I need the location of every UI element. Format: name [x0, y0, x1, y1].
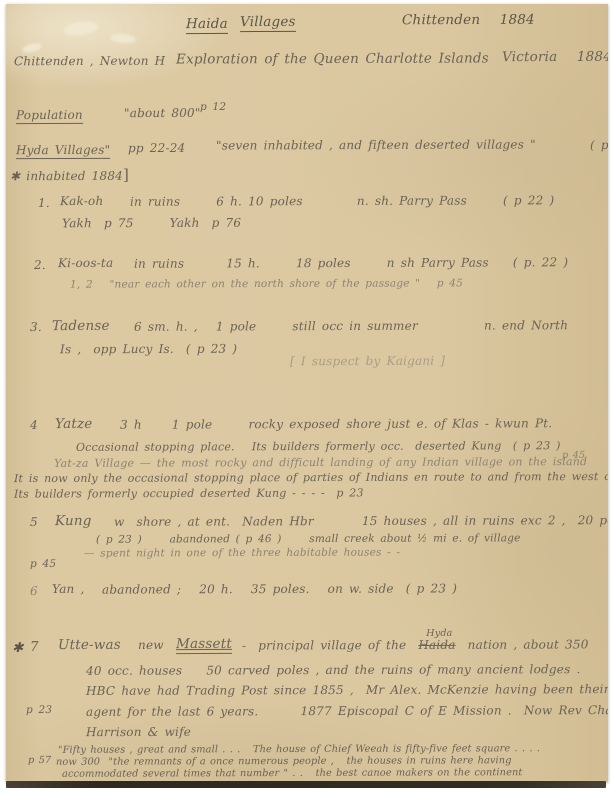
entry-5-details: w shore , at ent. Naden Hbr 15 houses , …: [114, 513, 608, 529]
entry-7-line4: agent for the last 6 years. 1877 Episcop…: [86, 703, 608, 719]
citation-author: Chittenden , Newton H: [14, 54, 165, 69]
entry-7-new-label: new: [138, 638, 164, 652]
paper-blemish: [63, 20, 98, 38]
entry-4-line3-page-ref: p 45: [562, 450, 585, 461]
entry-7-number: 7: [30, 639, 39, 655]
entry-7-desc-post: nation , about 350: [456, 637, 589, 651]
villages-heading-pages: pp 22-24: [128, 141, 185, 155]
villages-heading-label: Hyda Villages": [16, 143, 110, 159]
entry-7-inserted-word: Hyda: [426, 628, 452, 639]
footnote-line2: now 300 "the remnants of a once numerous…: [56, 755, 512, 768]
entry-7-line2: 40 occ. houses 50 carved poles , and the…: [86, 662, 581, 678]
villages-heading-quote: "seven inhabited , and fifteen deserted …: [216, 137, 536, 152]
document-page: Haida Villages Chittenden 1884 Chittende…: [6, 4, 608, 782]
entry-1-number: 1.: [38, 196, 50, 210]
bracket-mark: ]: [123, 166, 129, 184]
entry-3-number: 3.: [30, 320, 42, 334]
entry-2-number: 2.: [34, 258, 46, 272]
entry-5-line2: ( p 23 ) abandoned ( p 46 ) small creek …: [96, 532, 521, 545]
entry-7-massett-label: Massett: [176, 636, 232, 654]
entry-7-desc-pre: - principal village of the: [242, 638, 418, 653]
entry-7-line5: Harrison & wife: [86, 725, 191, 739]
population-label: Population: [16, 108, 83, 124]
scanned-note-page: { "header": { "title_word1": "Haida", "t…: [0, 0, 614, 795]
entry-6-name: Yan ,: [52, 582, 85, 596]
citation-work-title: Exploration of the Queen Charlotte Islan…: [176, 50, 489, 67]
entry-7-star-mark: ✱: [12, 640, 24, 656]
entry-7-corrected-word: HydaHaida: [418, 638, 455, 652]
attribution: Chittenden 1884: [402, 12, 535, 28]
page-title-word-2: Villages: [240, 14, 296, 32]
entry-7-line3: HBC have had Trading Post since 1855 , M…: [86, 682, 608, 698]
page-title-word-1: Haida: [186, 16, 228, 34]
entry-4-line4: It is now only the occasional stopping p…: [14, 470, 608, 485]
villages-heading-page-ref: ( p 22: [590, 138, 608, 152]
paper-blemish: [110, 33, 137, 44]
footnote-line1: "Fifty houses , great and small . . . Th…: [58, 743, 540, 756]
entry-1-details: in ruins 6 h. 10 poles n. sh. Parry Pass…: [130, 193, 554, 208]
entry-4-details: 3 h 1 pole rocky exposed shore just e. o…: [120, 416, 552, 432]
inhabited-note: ✱ inhabited 1884]: [10, 166, 129, 184]
entry-4-line3: Yat-za Village — the most rocky and diff…: [54, 455, 587, 470]
entry-4-line5: Its builders formerly occupied deserted …: [14, 486, 364, 500]
entry-3-note: Is , opp Lucy Is. ( p 23 ): [60, 342, 237, 357]
entry-5-number: 5: [30, 515, 38, 529]
entry-2-name: Ki-oos-ta: [58, 256, 113, 270]
entry-7-struck-word: Haida: [418, 638, 455, 652]
footnote-margin-page-ref: p 57: [28, 755, 51, 766]
entry-1-note: Yakh p 75 Yakh p 76: [62, 216, 241, 231]
scan-bottom-edge: [6, 781, 606, 788]
entry-5-name: Kung: [55, 513, 92, 529]
footnote-line3: accommodated several times that number "…: [62, 767, 522, 780]
entry-5-margin-page-ref: p 45: [30, 558, 56, 570]
entry-7-margin-page-ref: p 23: [26, 704, 52, 716]
entry-3-name: Tadense: [52, 318, 110, 334]
entry-2-note: 1, 2 "near each other on the north shore…: [70, 277, 463, 290]
entry-4-line2: Occasional stopping place. Its builders …: [76, 439, 561, 454]
entry-3-details: 6 sm. h. , 1 pole still occ in summer n.…: [134, 318, 568, 334]
entry-4-name: Yatze: [55, 416, 93, 432]
paper-blemish: [21, 42, 42, 55]
population-value: "about 800": [124, 106, 201, 120]
entry-3-faint-note: [ I suspect by Kaigani ]: [290, 354, 445, 369]
entry-6-details: abandoned ; 20 h. 35 poles. on w. side (…: [102, 581, 457, 596]
entry-5-line3: — spent night in one of the three habita…: [84, 546, 400, 559]
entry-7-description: - principal village of the HydaHaida nat…: [242, 637, 589, 652]
entry-7-name: Utte-was: [58, 637, 121, 653]
citation-publication: Victoria 1884: [502, 49, 608, 65]
population-page-ref: p 12: [200, 101, 226, 113]
entry-4-number: 4: [30, 418, 38, 432]
entry-2-details: in ruins 15 h. 18 poles n sh Parry Pass …: [134, 255, 568, 271]
entry-1-name: Kak-oh: [60, 194, 103, 208]
entry-6-number: 6: [30, 584, 38, 598]
